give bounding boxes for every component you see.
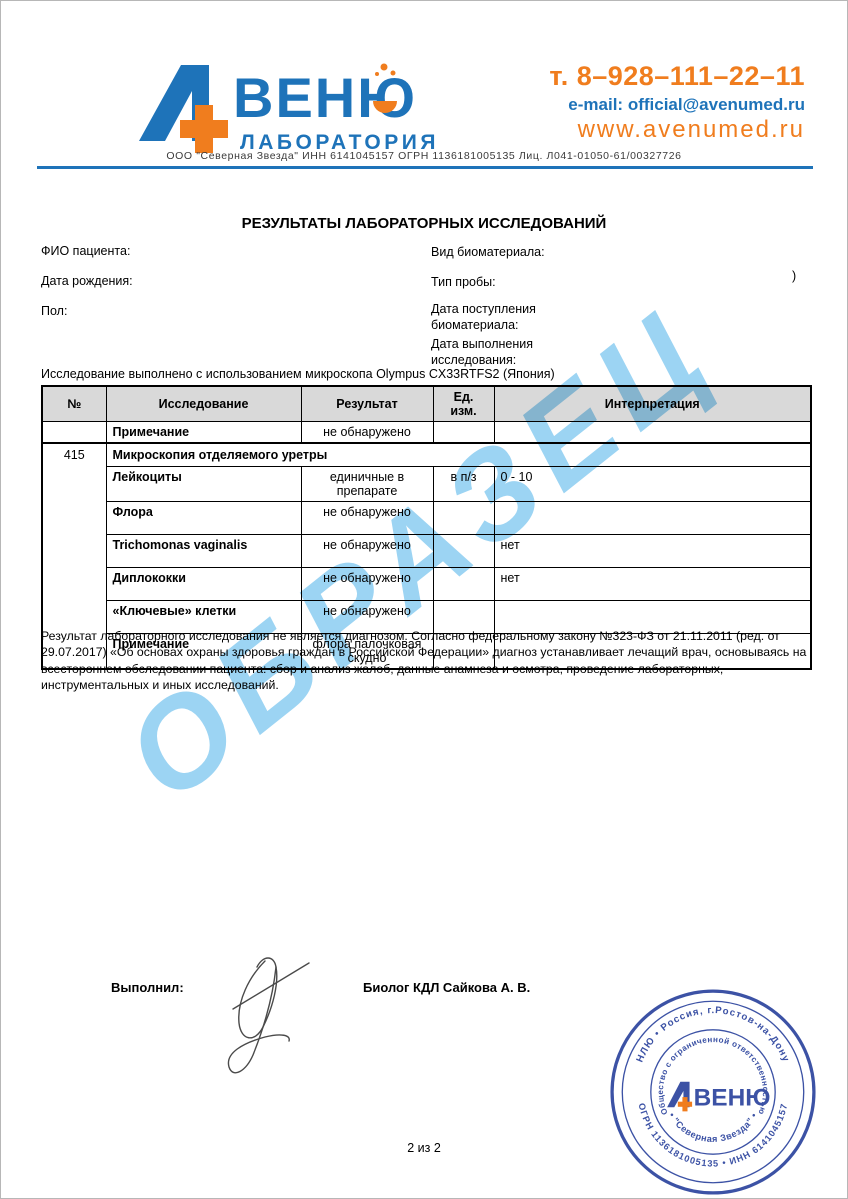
section-title: Микроскопия отделяемого уретры bbox=[106, 443, 811, 467]
phone-number: т. 8–928–111–22–11 bbox=[441, 63, 805, 90]
test-name: Лейкоциты bbox=[106, 467, 301, 502]
test-name: Флора bbox=[106, 502, 301, 535]
test-name: Диплококки bbox=[106, 568, 301, 601]
test-result: не обнаружено bbox=[301, 502, 433, 535]
field-label-sex: Пол: bbox=[41, 304, 133, 318]
stamp-brand-text: ВЕНЮ bbox=[694, 1084, 771, 1111]
test-result: не обнаружено bbox=[301, 422, 433, 444]
email-address[interactable]: e-mail: official@avenumed.ru bbox=[441, 96, 805, 113]
col-header-interpretation: Интерпретация bbox=[494, 386, 811, 422]
table-row: Лейкоциты единичные в препарате в п/з 0 … bbox=[42, 467, 811, 502]
section-row: 415 Микроскопия отделяемого уретры bbox=[42, 443, 811, 467]
logo-plus-icon bbox=[180, 105, 228, 153]
test-name: Trichomonas vaginalis bbox=[106, 535, 301, 568]
test-result: не обнаружено bbox=[301, 535, 433, 568]
performed-by-label: Выполнил: bbox=[111, 980, 184, 995]
field-label-received-date: Дата поступления биоматериала: bbox=[431, 301, 591, 334]
test-unit bbox=[433, 502, 494, 535]
patient-fields-left: ФИО пациента: Дата рождения: Пол: bbox=[41, 244, 133, 334]
table-row: Флора не обнаружено bbox=[42, 502, 811, 535]
test-unit bbox=[433, 568, 494, 601]
col-header-unit: Ед. изм. bbox=[433, 386, 494, 422]
empty-cell bbox=[494, 422, 811, 444]
company-stamp: НЛЮ • Россия, г.Ростов-на-Дону ОГРН 1136… bbox=[608, 987, 818, 1197]
lab-report-page: ОБРАЗЕЦ ВЕНЮ ЛАБОРАТОРИЯ т. 8–928–111–22… bbox=[0, 0, 848, 1199]
website-url[interactable]: www.avenumed.ru bbox=[441, 118, 805, 142]
performer-name: Биолог КДЛ Сайкова А. В. bbox=[363, 980, 530, 995]
svg-text:• "Северная Звезда" •: • "Северная Звезда" • bbox=[667, 1111, 759, 1144]
stamp-inner-bottom-text: • "Северная Звезда" • bbox=[667, 1111, 759, 1144]
field-label-fio: ФИО пациента: bbox=[41, 244, 133, 258]
test-unit bbox=[433, 535, 494, 568]
field-label-biomaterial: Вид биоматериала: bbox=[431, 244, 591, 260]
header-contacts: т. 8–928–111–22–11 e-mail: official@aven… bbox=[441, 63, 805, 142]
document-title: РЕЗУЛЬТАТЫ ЛАБОРАТОРНЫХ ИССЛЕДОВАНИЙ bbox=[1, 215, 847, 232]
logo-brand-text: ВЕНЮ bbox=[233, 66, 417, 129]
table-row: Диплококки не обнаружено нет bbox=[42, 568, 811, 601]
col-header-test: Исследование bbox=[106, 386, 301, 422]
signature-image bbox=[213, 947, 331, 1081]
col-header-result: Результат bbox=[301, 386, 433, 422]
test-name: Примечание bbox=[106, 422, 301, 444]
company-requisites: ООО "Северная Звезда" ИНН 6141045157 ОГР… bbox=[1, 150, 847, 162]
test-result: единичные в препарате bbox=[301, 467, 433, 502]
table-row: Trichomonas vaginalis не обнаружено нет bbox=[42, 535, 811, 568]
stray-parenthesis: ) bbox=[792, 269, 796, 283]
patient-fields-right: Вид биоматериала: Тип пробы: Дата поступ… bbox=[431, 244, 591, 369]
table-row: Примечание не обнаружено bbox=[42, 422, 811, 444]
test-result: не обнаружено bbox=[301, 568, 433, 601]
field-label-performed-date: Дата выполнения исследования: bbox=[431, 336, 591, 369]
table-header-row: № Исследование Результат Ед. изм. Интерп… bbox=[42, 386, 811, 422]
field-label-sample-type: Тип пробы: bbox=[431, 274, 591, 290]
test-unit: в п/з bbox=[433, 467, 494, 502]
header-divider bbox=[37, 166, 813, 169]
method-note: Исследование выполнено с использованием … bbox=[41, 367, 555, 381]
test-interpretation: нет bbox=[494, 568, 811, 601]
empty-cell bbox=[433, 422, 494, 444]
stamp-outer-top-text: НЛЮ • Россия, г.Ростов-на-Дону bbox=[635, 1005, 792, 1064]
stamp-center-logo: ВЕНЮ bbox=[667, 1082, 770, 1112]
empty-cell bbox=[42, 422, 106, 444]
page-number: 2 из 2 bbox=[1, 1141, 847, 1155]
col-header-number: № bbox=[42, 386, 106, 422]
svg-text:НЛЮ • Россия, г.Ростов-на-До: НЛЮ • Россия, г.Ростов-на-Дону bbox=[635, 1005, 792, 1064]
field-label-birthdate: Дата рождения: bbox=[41, 274, 133, 288]
avenu-logo: ВЕНЮ ЛАБОРАТОРИЯ bbox=[137, 61, 467, 155]
test-interpretation bbox=[494, 502, 811, 535]
legal-disclaimer: Результат лабораторного исследования не … bbox=[41, 628, 819, 694]
test-interpretation: нет bbox=[494, 535, 811, 568]
test-interpretation: 0 - 10 bbox=[494, 467, 811, 502]
